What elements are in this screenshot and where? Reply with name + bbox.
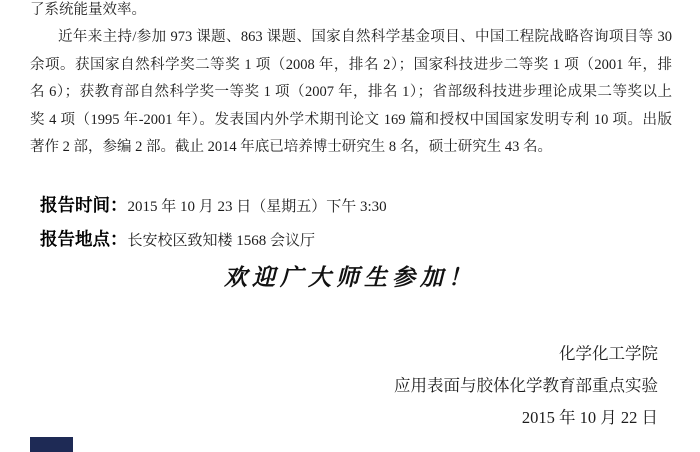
paragraph-tail-line: 了系统能量效率。 (30, 0, 672, 24)
biography-paragraph: 了系统能量效率。 近年来主持/参加 973 课题、863 课题、国家自然科学基金… (30, 0, 672, 161)
report-time-label: 报告时间： (40, 195, 128, 215)
report-time-value: 2015 年 10 月 23 日（星期五）下午 3:30 (128, 199, 387, 215)
achievements-line-2: 余项。获国家自然科学奖二等奖 1 项（2008 年，排名 2）；国家科技进步二等… (30, 52, 672, 79)
window-fragment-artifact (30, 437, 73, 452)
announcement-page: 了系统能量效率。 近年来主持/参加 973 课题、863 课题、国家自然科学基金… (0, 0, 700, 452)
report-place-label: 报告地点： (40, 229, 128, 249)
report-place-value: 长安校区致知楼 1568 会议厅 (128, 233, 316, 249)
signature-date: 2015 年 10 月 22 日 (522, 404, 658, 428)
report-time-row: 报告时间：2015 年 10 月 23 日（星期五）下午 3:30 (40, 192, 387, 217)
achievements-line-4: 奖 4 项（1995 年-2001 年）。发表国内外学术期刊论文 169 篇和授… (30, 107, 672, 134)
achievements-line-5: 著作 2 部，参编 2 部。截止 2014 年底已培养博士研究生 8 名，硕士研… (30, 134, 672, 161)
report-place-row: 报告地点：长安校区致知楼 1568 会议厅 (40, 226, 315, 251)
achievements-line-1: 近年来主持/参加 973 课题、863 课题、国家自然科学基金项目、中国工程院战… (30, 24, 672, 51)
signature-college: 化学化工学院 (559, 340, 658, 364)
signature-laboratory: 应用表面与胶体化学教育部重点实验 (394, 372, 658, 396)
welcome-calligraphy-line: 欢迎广大师生参加！ (0, 261, 700, 295)
achievements-line-3: 名 6）；获教育部自然科学奖一等奖 1 项（2007 年，排名 1）；省部级科技… (30, 79, 672, 106)
